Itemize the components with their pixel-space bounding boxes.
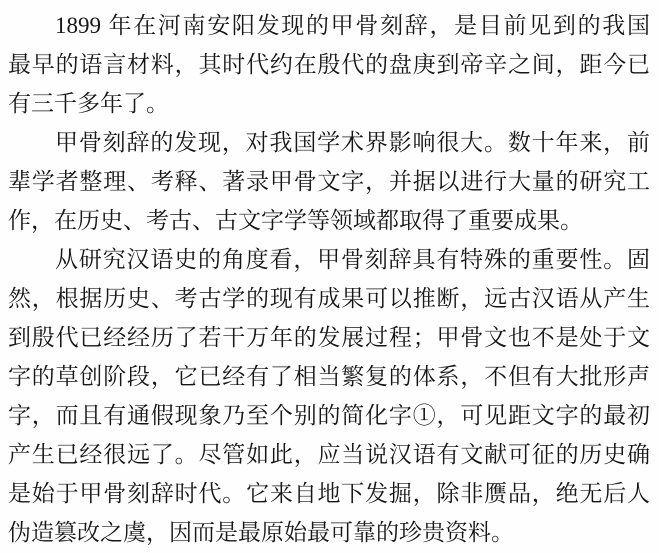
paragraph: 1899 年在河南安阳发现的甲骨刻辞，是目前见到的我国最早的语言材料，其时代约在… [8, 6, 650, 123]
text-line: 然，根据历史、考古学的现有成果可以推断，远古汉语从产生 [8, 279, 650, 318]
text-line: 字的草创阶段，它已经有了相当繁复的体系，不但有大批形声 [8, 357, 650, 396]
paragraph: 甲骨刻辞的发现，对我国学术界影响很大。数十年来，前辈学者整理、考释、著录甲骨文字… [8, 123, 650, 240]
text-line: 最早的语言材料，其时代约在殷代的盘庚到帝辛之间，距今已 [8, 45, 650, 84]
text-line: 从研究汉语史的角度看，甲骨刻辞具有特殊的重要性。固 [8, 240, 650, 279]
text-line: 是始于甲骨刻辞时代。它来自地下发掘，除非赝品，绝无后人 [8, 474, 650, 513]
paragraph: 从研究汉语史的角度看，甲骨刻辞具有特殊的重要性。固然，根据历史、考古学的现有成果… [8, 240, 650, 552]
text-line: 到殷代已经经历了若干万年的发展过程；甲骨文也不是处于文 [8, 318, 650, 357]
text-line: 辈学者整理、考释、著录甲骨文字，并据以进行大量的研究工 [8, 162, 650, 201]
text-line: 1899 年在河南安阳发现的甲骨刻辞，是目前见到的我国 [8, 6, 650, 45]
text-line: 产生已经很远了。尽管如此，应当说汉语有文献可征的历史确 [8, 435, 650, 474]
text-line: 字，而且有通假现象乃至个别的简化字①，可见距文字的最初 [8, 396, 650, 435]
text-line: 有三千多年了。 [8, 84, 650, 123]
text-line: 作，在历史、考古、古文字学等领域都取得了重要成果。 [8, 201, 650, 240]
body-text: 1899 年在河南安阳发现的甲骨刻辞，是目前见到的我国最早的语言材料，其时代约在… [8, 6, 650, 552]
text-line: 伪造篡改之虞，因而是最原始最可靠的珍贵资料。 [8, 513, 650, 552]
text-line: 甲骨刻辞的发现，对我国学术界影响很大。数十年来，前 [8, 123, 650, 162]
document-page: 1899 年在河南安阳发现的甲骨刻辞，是目前见到的我国最早的语言材料，其时代约在… [0, 0, 659, 553]
